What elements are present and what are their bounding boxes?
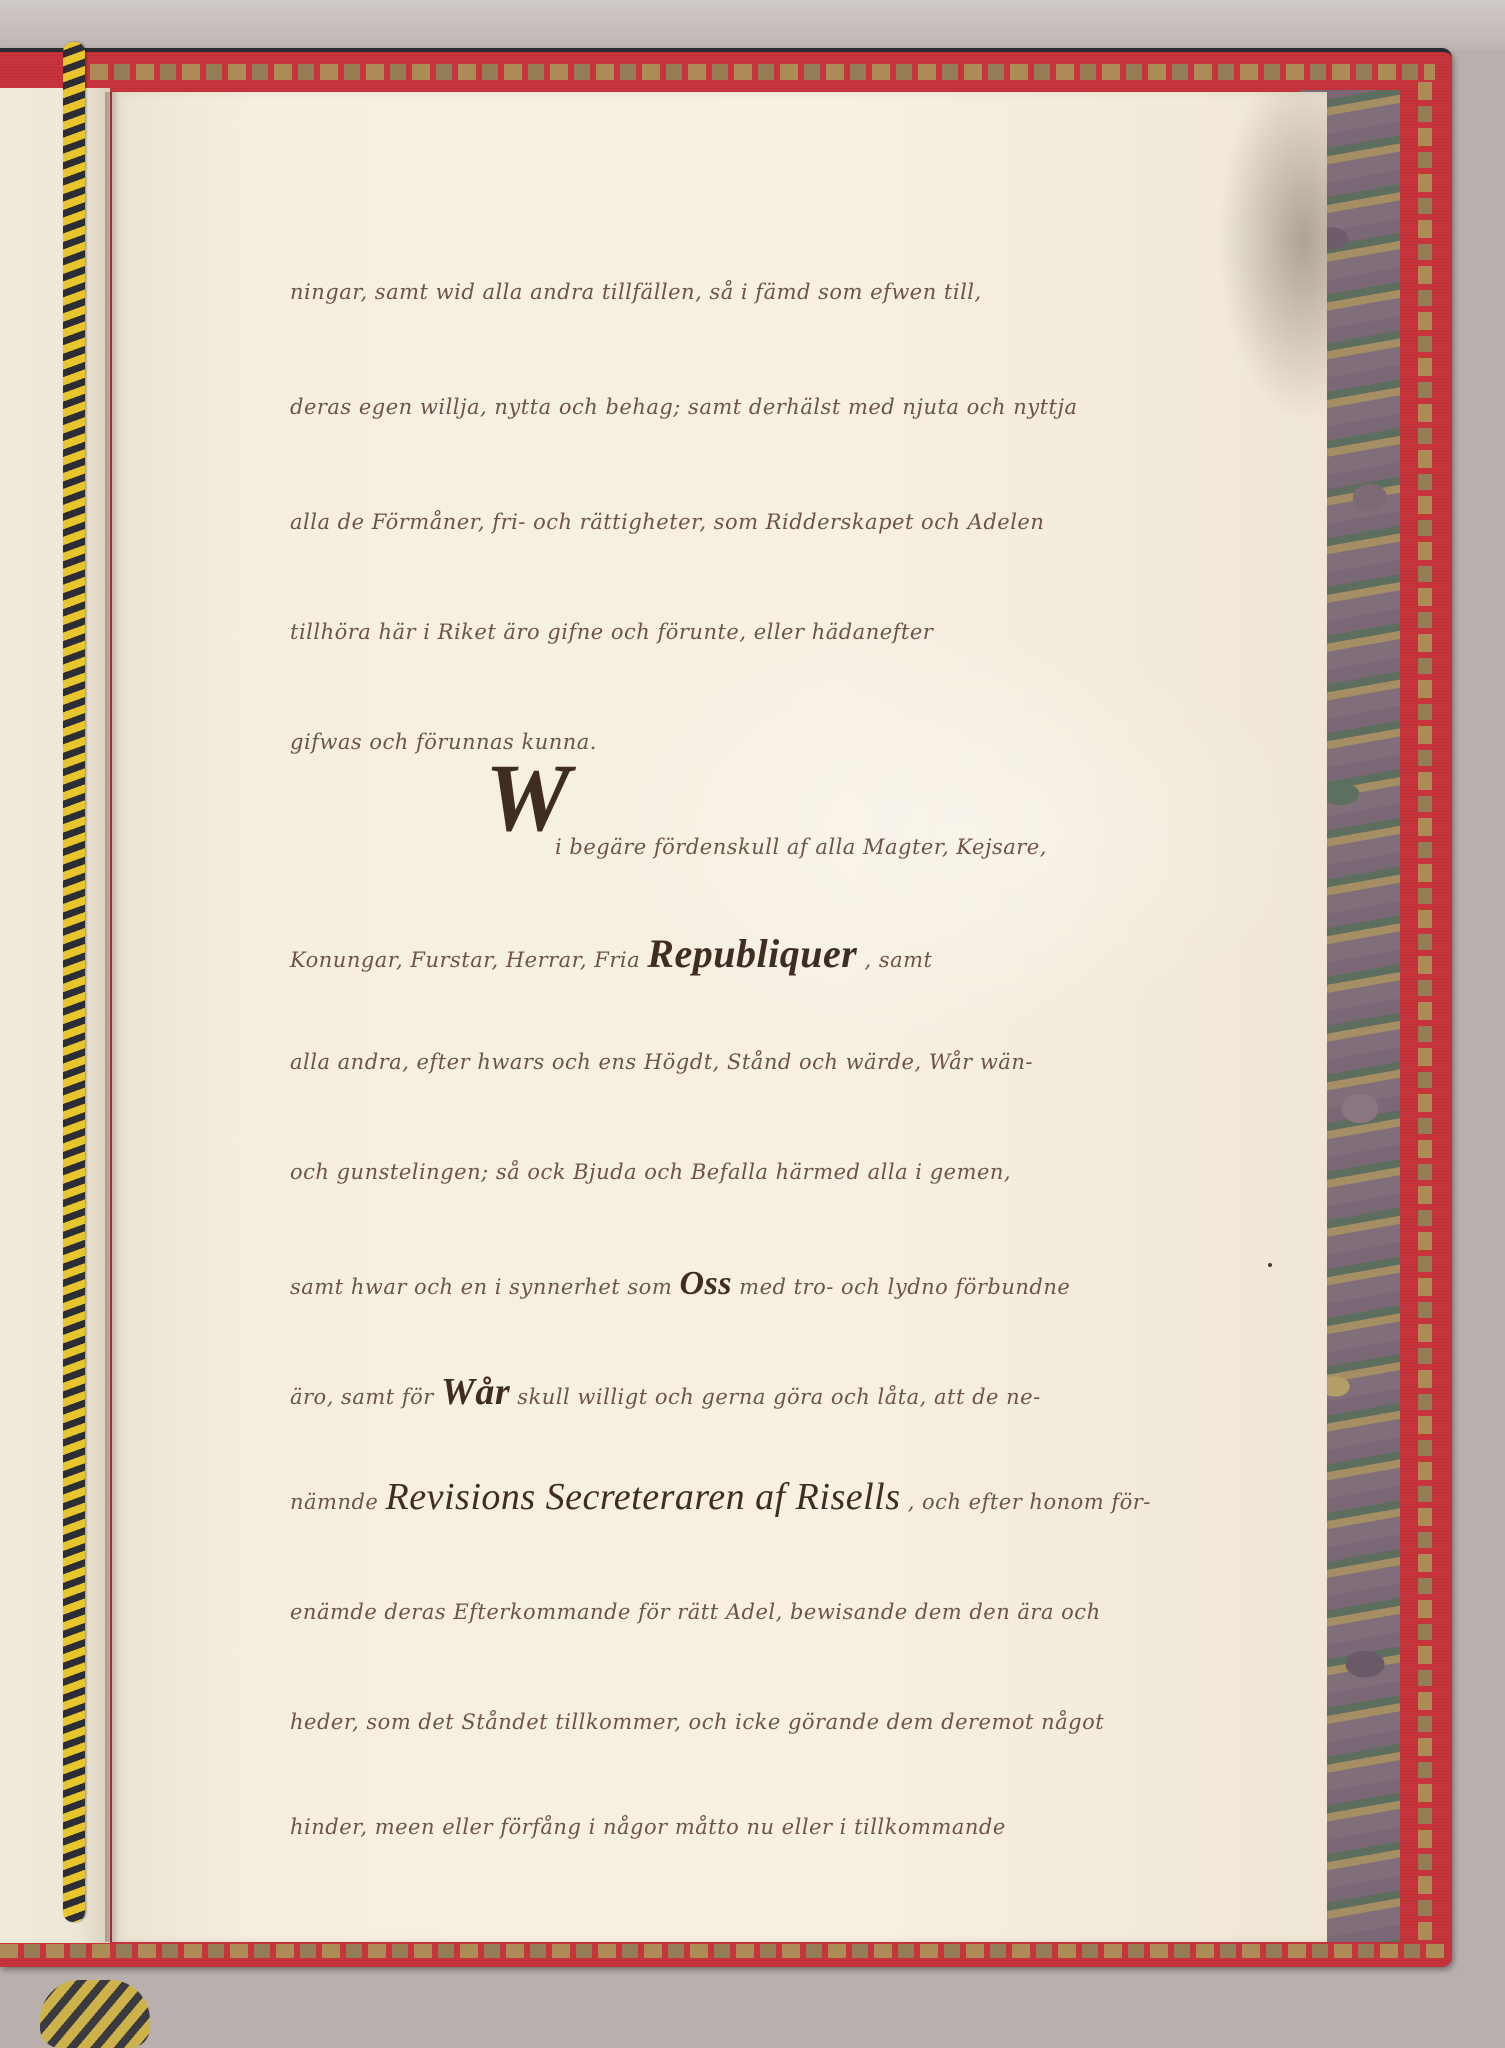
text-line-2: deras egen willja, nytta och behag; samt…	[290, 395, 1078, 419]
left-page-edge	[0, 88, 110, 1943]
gilt-border-right	[1418, 80, 1432, 1940]
text-line-14: heder, som det Ståndet tillkommer, och i…	[290, 1710, 1104, 1734]
text-line-7-tail: , samt	[864, 948, 932, 972]
emphasis-oss: Oss	[679, 1265, 732, 1302]
text-line-1: ningar, samt wid alla andra tillfällen, …	[290, 280, 982, 304]
text-line-8: alla andra, efter hwars och ens Högdt, S…	[290, 1050, 1033, 1074]
text-line-15: hinder, meen eller förfång i någor måtto…	[290, 1815, 1006, 1839]
text-line-6-body: begäre fördenskull af alla Magter, Kejsa…	[569, 835, 1047, 859]
braided-cord	[63, 42, 85, 1922]
text-line-10: samt hwar och en i synnerhet som Oss med…	[290, 1265, 1070, 1303]
emphasis-war: Wår	[441, 1371, 510, 1413]
manuscript-page	[112, 92, 1327, 1942]
text-line-11: äro, samt för Wår skull willigt och gern…	[290, 1370, 1041, 1414]
text-line-6: i begäre fördenskull af alla Magter, Kej…	[555, 835, 1047, 859]
text-line-7-body: Konungar, Furstar, Herrar, Fria	[290, 948, 640, 972]
text-line-13: enämde deras Efterkommande för rätt Adel…	[290, 1600, 1101, 1624]
text-line-11-body: äro, samt för	[290, 1385, 434, 1409]
page-fold-shadow	[105, 92, 119, 1942]
initial-rest: i	[555, 835, 562, 859]
gilt-border-top	[90, 64, 1435, 80]
text-line-12: nämnde Revisions Secreteraren af Risells…	[290, 1475, 1151, 1519]
text-line-12-body: nämnde	[290, 1490, 378, 1514]
text-line-9: och gunstelingen; så ock Bjuda och Befal…	[290, 1160, 1011, 1184]
ink-dot	[1268, 1263, 1272, 1267]
text-line-11-tail: skull willigt och gerna göra och låta, a…	[517, 1385, 1040, 1409]
text-line-10-body: samt hwar och en i synnerhet som	[290, 1275, 672, 1299]
background-top	[0, 0, 1505, 50]
text-line-7: Konungar, Furstar, Herrar, Fria Republiq…	[290, 930, 932, 977]
emphasis-revisions-secreteraren: Revisions Secreteraren af Risells	[386, 1476, 901, 1518]
decorated-initial: W	[485, 750, 570, 846]
text-line-10-tail: med tro- och lydno förbundne	[739, 1275, 1070, 1299]
text-line-3: alla de Förmåner, fri- och rättigheter, …	[290, 510, 1044, 534]
cord-knot	[40, 1980, 150, 2048]
gilt-border-bottom	[0, 1944, 1445, 1958]
text-line-4: tillhöra här i Riket äro gifne och förun…	[290, 620, 933, 644]
text-line-12-tail: , och efter honom för-	[908, 1490, 1151, 1514]
emphasis-republiquer: Republiquer	[647, 931, 857, 976]
